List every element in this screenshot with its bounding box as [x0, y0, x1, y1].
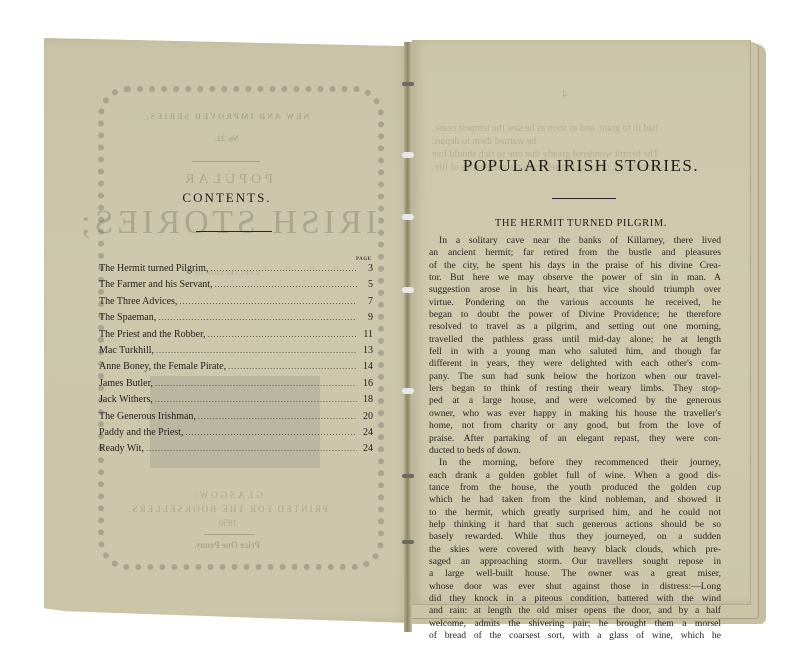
toc-entry-title: James Butler, [99, 376, 153, 392]
body-line: ducted to beds of down. [429, 445, 721, 457]
body-line: each drank a golden goblet full of wine.… [429, 470, 721, 482]
body-line: suggestion arose in his heart, that vice… [429, 284, 721, 296]
body-line: of the city, he spent his days in the pr… [429, 260, 721, 272]
toc-entry-page: 9 [359, 310, 373, 326]
toc-entry-title: The Priest and the Robber, [99, 327, 206, 343]
show-through-rule-2 [204, 534, 254, 535]
show-through-line: he warned them to depart. [432, 135, 536, 148]
binding-stitch [402, 82, 414, 86]
body-line: and rain: at length the old miser opens … [429, 605, 721, 617]
show-through-number: No. 22. [44, 134, 410, 143]
toc-entry: Ready Wit,24 [99, 441, 373, 457]
body-line: owner, who was ever happy in making his … [429, 408, 721, 420]
toc-entry-title: Jack Withers, [99, 392, 153, 408]
binding-hole [402, 214, 414, 220]
body-line: whose door was ever shut against those i… [429, 581, 721, 593]
toc-entry-page: 3 [359, 261, 373, 277]
body-line: the skies were covered with heavy black … [429, 544, 721, 556]
book-title: POPULAR IRISH STORIES. [412, 156, 750, 176]
open-book: NEW AND IMPROVED SERIES. No. 22. POPULAR… [0, 0, 800, 664]
body-line: resolved to travel as a pilgrim, and set… [429, 321, 721, 333]
show-through-rule [192, 161, 260, 162]
contents-heading: CONTENTS. [44, 190, 410, 206]
body-line: praise. After partaking of an elegant re… [429, 433, 721, 445]
body-line: to the hermit, which greatly surprised h… [429, 507, 721, 519]
show-through-line: had ill to grant, and as soon as he saw … [432, 122, 658, 135]
toc-entry-title: The Spaeman, [99, 310, 156, 326]
toc-leader-dots [210, 261, 357, 277]
toc-entry-page: 20 [359, 409, 373, 425]
toc-entry-page: 24 [359, 441, 373, 457]
toc-entry: Paddy and the Priest,24 [99, 425, 373, 441]
body-line: In a solitary cave near the banks of Kil… [429, 235, 721, 247]
binding-stitch [402, 540, 414, 544]
body-line: help thinking it hard that such generous… [429, 519, 721, 531]
body-line: a large well-built house. The owner was … [429, 568, 721, 580]
body-line: did they knock in a piteous condition, b… [429, 593, 721, 605]
toc-entry: The Priest and the Robber,11 [99, 327, 373, 343]
show-through-glasgow: GLASGOW: [44, 490, 410, 500]
toc-entry-page: 5 [359, 277, 373, 293]
show-through-printed: PRINTED FOR THE BOOKSELLERS. [44, 504, 410, 514]
toc-entry-title: Paddy and the Priest, [99, 425, 183, 441]
binding-hole [402, 152, 414, 158]
show-through-page-number: 4 [562, 88, 567, 101]
binding-stitch [402, 474, 414, 478]
toc-leader-dots [146, 441, 357, 457]
body-line: basely rewarded. While thus they journey… [429, 531, 721, 543]
body-line: lers began to think of resting their wea… [429, 383, 721, 395]
contents-rule [196, 231, 272, 232]
body-line: tance from the house, the youth produced… [429, 482, 721, 494]
toc-entry: Anne Boney, the Female Pirate,14 [99, 359, 373, 375]
body-line: welcome, admits the shivering pair; he b… [429, 618, 721, 630]
body-line: virtue. Pondering on the various account… [429, 297, 721, 309]
show-through-irish-stories: IRISH STORIES; [44, 204, 410, 242]
toc-entry: James Butler,16 [99, 376, 373, 392]
toc-leader-dots [198, 409, 357, 425]
body-line: pany. The sun had sunk below the horizon… [429, 371, 721, 383]
toc-leader-dots [155, 392, 357, 408]
toc-entry-page: 18 [359, 392, 373, 408]
toc-entry-page: 13 [359, 343, 373, 359]
story-title: THE HERMIT TURNED PILGRIM. [412, 218, 750, 229]
story-body: In a solitary cave near the banks of Kil… [429, 235, 721, 642]
toc-entry: Mac Turkhill,13 [99, 343, 373, 359]
show-through-price: Price One Penny. [44, 540, 410, 550]
toc-entry: Jack Withers,18 [99, 392, 373, 408]
toc-leader-dots [185, 425, 357, 441]
show-through-year: 1850. [44, 518, 410, 528]
toc-entry: The Farmer and his Servant,5 [99, 277, 373, 293]
toc-entry: The Hermit turned Pilgrim,3 [99, 261, 373, 277]
show-through-series: NEW AND IMPROVED SERIES. [44, 112, 410, 121]
toc-leader-dots [228, 359, 357, 375]
toc-leader-dots [156, 343, 357, 359]
toc-entry-title: The Farmer and his Servant, [99, 277, 213, 293]
toc-leader-dots [155, 376, 357, 392]
body-line: ped at a large house, and were welcomed … [429, 395, 721, 407]
toc-entry-page: 14 [359, 359, 373, 375]
toc-entry: The Generous Irishman,20 [99, 409, 373, 425]
body-line: travelled the pathless grass until mid-d… [429, 334, 721, 346]
body-line: of bread of the coarsest sort, with a gl… [429, 630, 721, 642]
toc-entry-title: The Hermit turned Pilgrim, [99, 261, 208, 277]
toc-entry-title: Mac Turkhill, [99, 343, 154, 359]
left-page-contents: NEW AND IMPROVED SERIES. No. 22. POPULAR… [44, 38, 410, 623]
show-through-popular: POPULAR [44, 172, 410, 188]
toc-entry-page: 7 [359, 294, 373, 310]
binding-hole [402, 388, 414, 394]
binding-hole [402, 287, 414, 293]
body-line: began to doubt the power of Divine Provi… [429, 309, 721, 321]
body-line: saged an approaching storm. Our travelle… [429, 556, 721, 568]
table-of-contents: The Hermit turned Pilgrim,3 The Farmer a… [99, 261, 373, 458]
toc-leader-dots [208, 327, 357, 343]
toc-entry-page: 24 [359, 425, 373, 441]
toc-entry: The Three Advices,7 [99, 294, 373, 310]
toc-entry-title: Anne Boney, the Female Pirate, [99, 359, 226, 375]
toc-entry: The Spaeman,9 [99, 310, 373, 326]
body-line: an ancient hermit; far retired from the … [429, 247, 721, 259]
body-line: In the morning, before they recommenced … [429, 457, 721, 469]
body-line: fell in with a young man who saluted him… [429, 346, 721, 358]
right-page-story: 4 had ill to grant, and as soon as he sa… [412, 40, 751, 605]
body-line: tor. But here we may observe the power o… [429, 272, 721, 284]
body-line: home, not from charity or any good, but … [429, 420, 721, 432]
toc-entry-title: The Generous Irishman, [99, 409, 196, 425]
toc-entry-title: Ready Wit, [99, 441, 144, 457]
toc-entry-page: 16 [359, 376, 373, 392]
toc-entry-page: 11 [359, 327, 373, 343]
toc-leader-dots [179, 294, 357, 310]
toc-entry-title: The Three Advices, [99, 294, 177, 310]
toc-leader-dots [215, 277, 357, 293]
body-line: different in years, they were delighted … [429, 358, 721, 370]
toc-leader-dots [158, 310, 357, 326]
body-line: which he had taken from the kind noblema… [429, 494, 721, 506]
title-rule [552, 198, 616, 199]
